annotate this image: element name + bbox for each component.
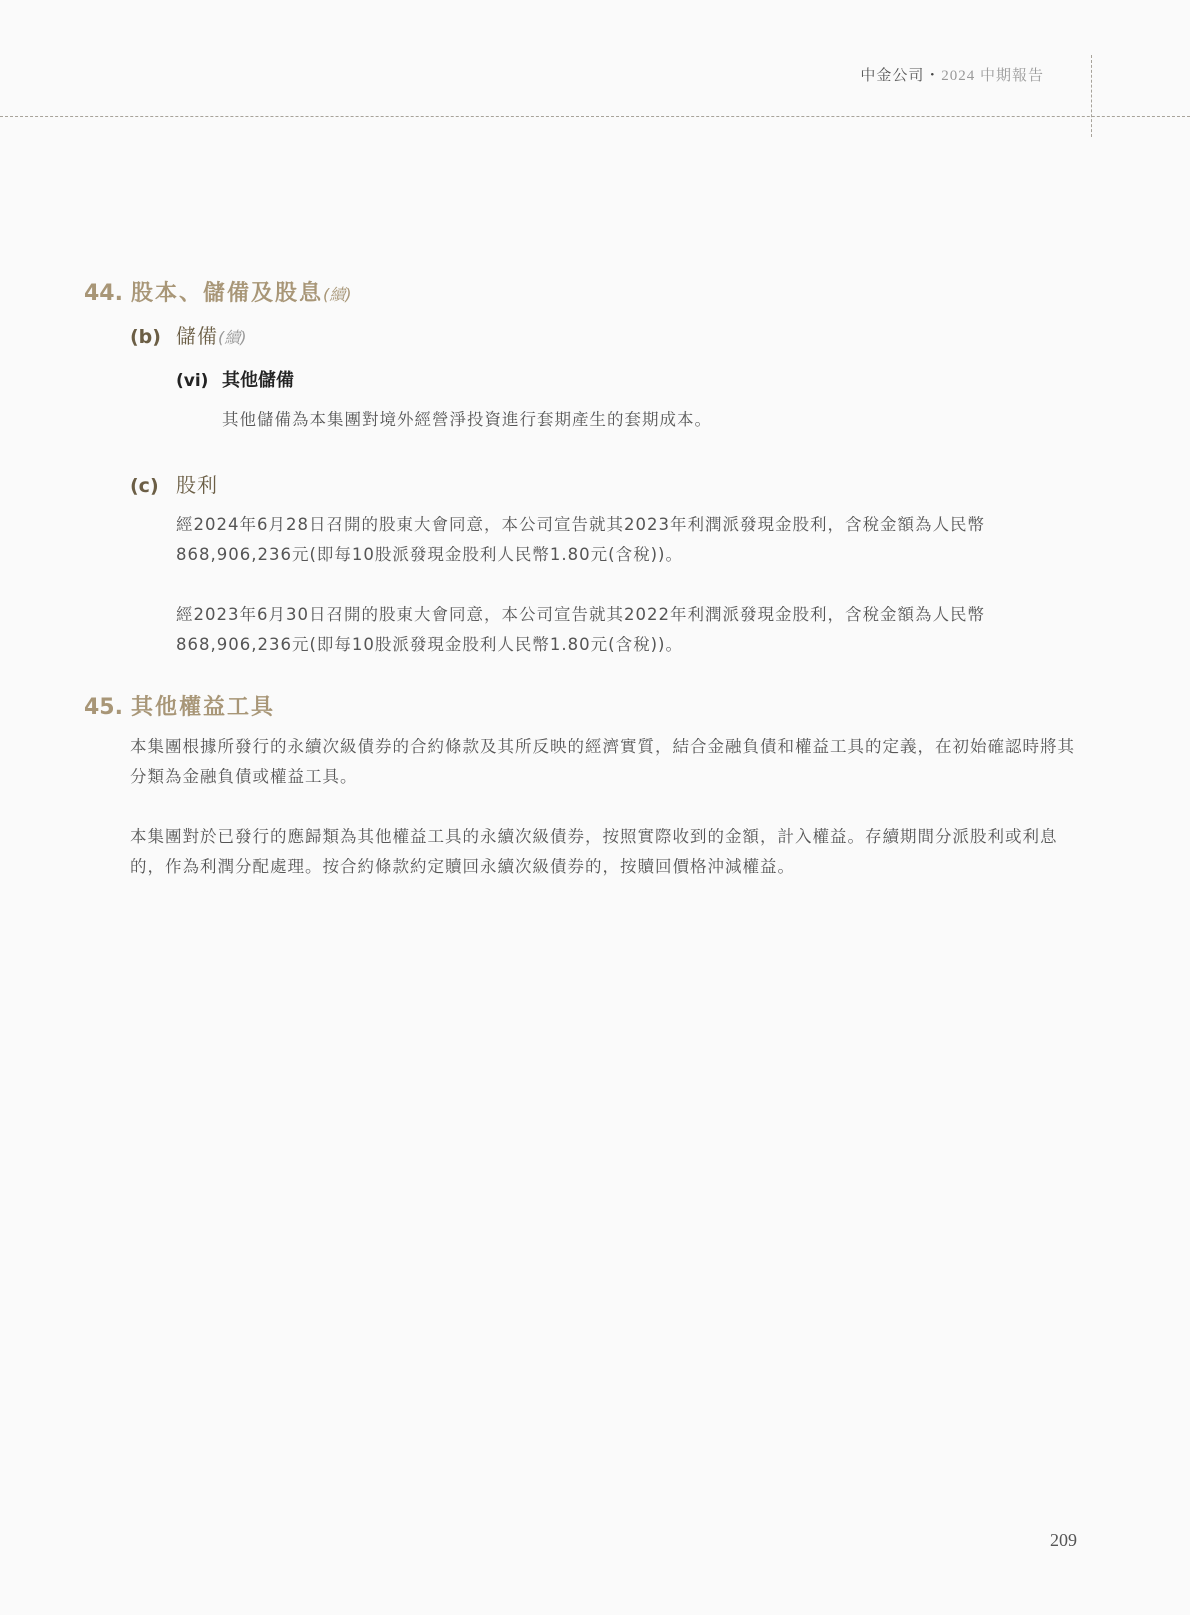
section-number: 44. xyxy=(84,281,123,306)
section-number: 45. xyxy=(84,695,123,720)
section-44-heading: 44.股本、儲備及股息(續) xyxy=(84,276,352,307)
subsection-title: 其他儲備 xyxy=(222,370,294,391)
header-vertical-dashed-divider xyxy=(1091,55,1092,137)
continued-label: (續) xyxy=(218,328,247,347)
paragraph-other-reserves: 其他儲備為本集團對境外經營淨投資進行套期產生的套期成本。 xyxy=(222,405,1082,435)
section-45-heading: 45.其他權益工具 xyxy=(84,690,275,721)
running-header: 中金公司•2024 中期報告 xyxy=(860,64,1044,85)
subsection-title: 儲備 xyxy=(176,324,218,348)
continued-label: (續) xyxy=(323,285,352,304)
header-separator-dot: • xyxy=(930,69,935,81)
subsection-label: (vi) xyxy=(176,371,222,391)
paragraph-equity-classification: 本集團根據所發行的永續次級債券的合約條款及其所反映的經濟實質，結合金融負債和權益… xyxy=(130,732,1078,792)
subsection-label: (c) xyxy=(130,475,176,497)
page-number: 209 xyxy=(1050,1530,1077,1551)
header-report-title: 2024 中期報告 xyxy=(941,68,1044,84)
paragraph-dividend-2023: 經2024年6月28日召開的股東大會同意，本公司宣告就其2023年利潤派發現金股… xyxy=(176,510,1078,570)
subsection-label: (b) xyxy=(130,326,176,348)
subsection-c-heading: (c)股利 xyxy=(130,469,218,498)
section-title: 其他權益工具 xyxy=(131,695,275,720)
paragraph-equity-accounting: 本集團對於已發行的應歸類為其他權益工具的永續次級債券，按照實際收到的金額，計入權… xyxy=(130,822,1078,882)
section-title: 股本、儲備及股息 xyxy=(131,281,323,306)
subsection-title: 股利 xyxy=(176,473,218,497)
paragraph-dividend-2022: 經2023年6月30日召開的股東大會同意，本公司宣告就其2022年利潤派發現金股… xyxy=(176,600,1078,660)
header-dashed-divider xyxy=(0,116,1190,117)
header-company: 中金公司 xyxy=(860,68,924,84)
subsection-b-heading: (b)儲備(續) xyxy=(130,320,247,349)
subsection-vi-heading: (vi)其他儲備 xyxy=(176,366,294,392)
